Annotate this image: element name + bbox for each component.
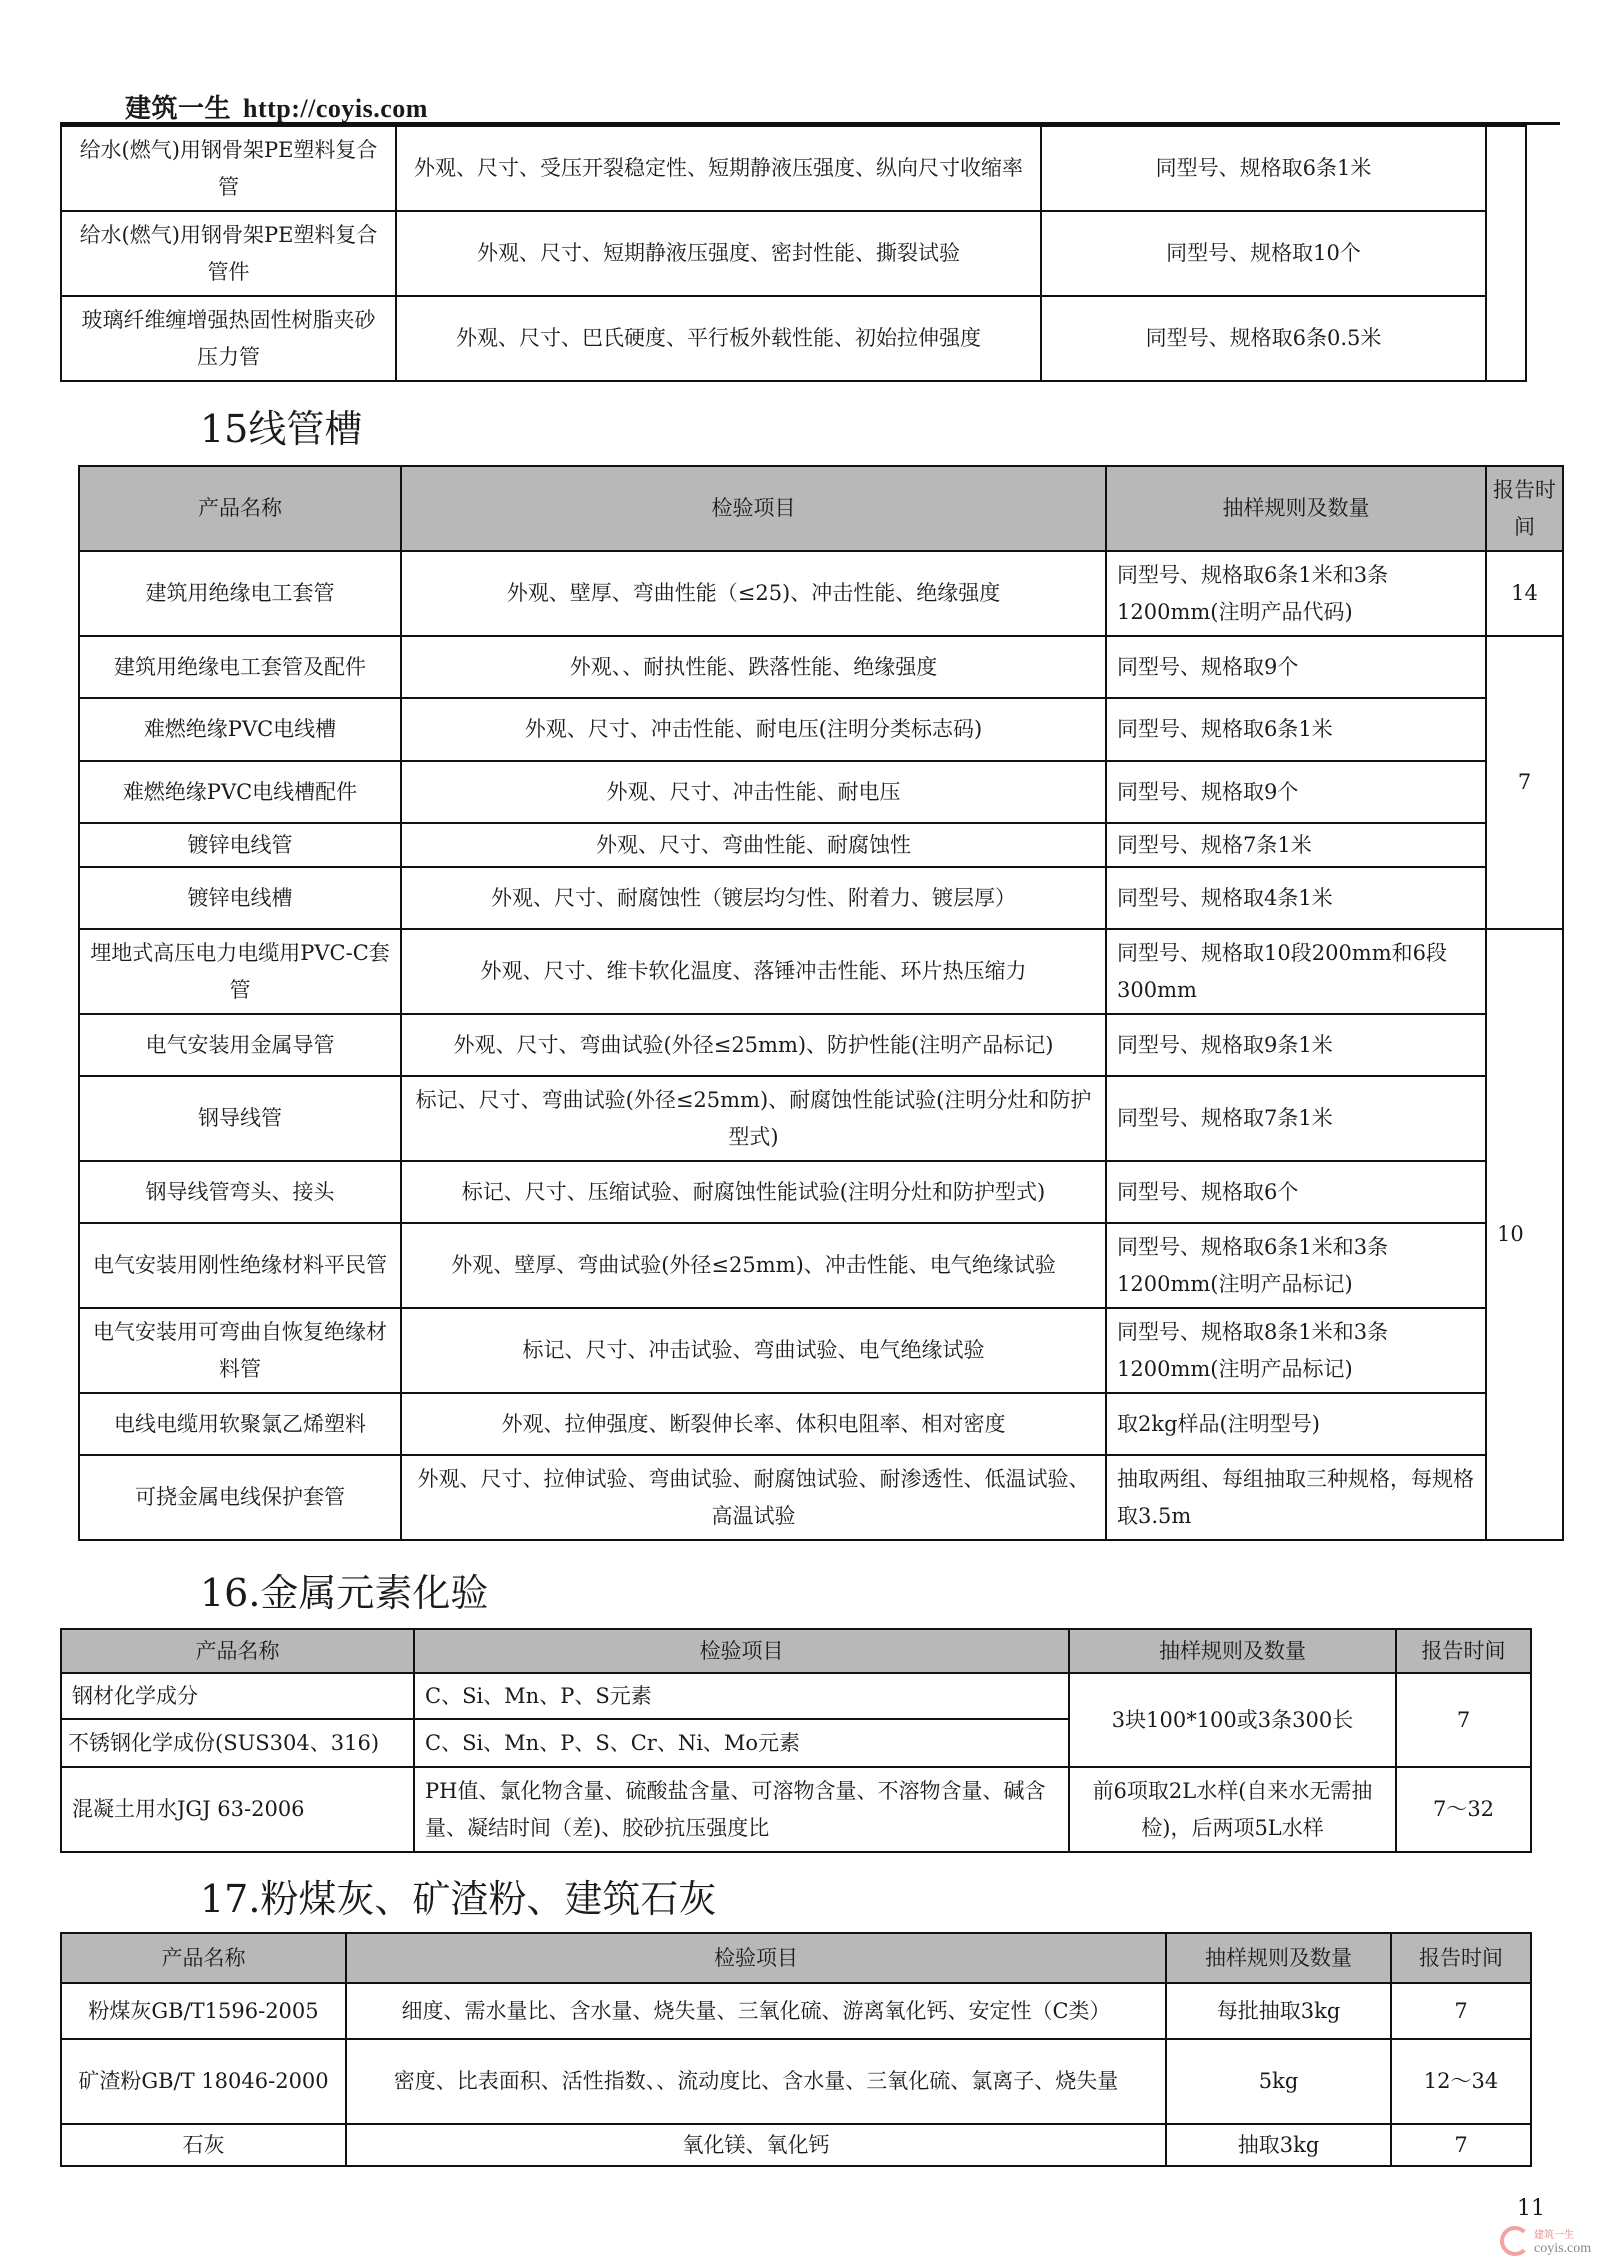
test-items-cell: 外观、拉伸强度、断裂伸长率、体积电阻率、相对密度 [401,1393,1106,1455]
product-name-cell: 不锈钢化学成份(SUS304、316) [61,1719,414,1767]
watermark-logo-icon [1500,2226,1530,2256]
table-header-row: 产品名称 检验项目 抽样规则及数量 报告时间 [61,1933,1531,1983]
section-15-table: 产品名称 检验项目 抽样规则及数量 报告时间 建筑用绝缘电工套管 外观、壁厚、弯… [78,465,1564,1541]
header-product-name: 产品名称 [61,1933,346,1983]
test-items-cell: 外观、尺寸、弯曲性能、耐腐蚀性 [401,823,1106,867]
sampling-cell: 同型号、规格取6条1米 [1106,698,1486,761]
sampling-cell: 同型号、规格取6条1米和3条1200mm(注明产品标记) [1106,1223,1486,1308]
header-test-items: 检验项目 [346,1933,1166,1983]
table-row: 钢材化学成分 C、Si、Mn、P、S元素 3块100*100或3条300长 7 [61,1673,1531,1719]
header-sampling: 抽样规则及数量 [1106,466,1486,551]
site-name: 建筑一生 [125,94,231,124]
test-items-cell: C、Si、Mn、P、S元素 [414,1673,1069,1719]
table-row: 混凝土用水JGJ 63-2006 PH值、氯化物含量、硫酸盐含量、可溶物含量、不… [61,1767,1531,1852]
watermark-en: coyis.com [1534,2241,1591,2256]
test-items-cell: 外观、尺寸、短期静液压强度、密封性能、撕裂试验 [396,211,1041,296]
sampling-cell: 同型号、规格取9个 [1106,761,1486,823]
header-test-items: 检验项目 [414,1629,1069,1673]
table-header-row: 产品名称 检验项目 抽样规则及数量 报告时间 [61,1629,1531,1673]
product-name-cell: 给水(燃气)用钢骨架PE塑料复合管件 [61,211,396,296]
header-sampling: 抽样规则及数量 [1166,1933,1391,1983]
table-row: 电线电缆用软聚氯乙烯塑料 外观、拉伸强度、断裂伸长率、体积电阻率、相对密度 取2… [79,1393,1563,1455]
table-row: 玻璃纤维缠增强热固性树脂夹砂压力管 外观、尺寸、巴氏硬度、平行板外载性能、初始拉… [61,296,1526,381]
sampling-cell: 同型号、规格取4条1米 [1106,867,1486,929]
sampling-cell: 3块100*100或3条300长 [1069,1673,1396,1767]
table-row: 可挠金属电线保护套管 外观、尺寸、拉伸试验、弯曲试验、耐腐蚀试验、耐渗透性、低温… [79,1455,1563,1540]
sampling-cell: 同型号、规格取6条1米 [1041,126,1486,211]
report-time-cell: 14 [1486,551,1563,636]
report-time-cell: 7～32 [1396,1767,1531,1852]
header-report-time: 报告时间 [1486,466,1563,551]
table-row: 钢导线管弯头、接头 标记、尺寸、压缩试验、耐腐蚀性能试验(注明分灶和防护型式) … [79,1161,1563,1223]
product-name-cell: 电线电缆用软聚氯乙烯塑料 [79,1393,401,1455]
sampling-cell: 同型号、规格取6条0.5米 [1041,296,1486,381]
test-items-cell: 密度、比表面积、活性指数、、流动度比、含水量、三氧化硫、氯离子、烧失量 [346,2039,1166,2124]
product-name-cell: 可挠金属电线保护套管 [79,1455,401,1540]
product-name-cell: 埋地式高压电力电缆用PVC-C套管 [79,929,401,1014]
product-name-cell: 钢材化学成分 [61,1673,414,1719]
product-name-cell: 电气安装用刚性绝缘材料平民管 [79,1223,401,1308]
header-sampling: 抽样规则及数量 [1069,1629,1396,1673]
page-number: 11 [1517,2196,1545,2221]
product-name-cell: 建筑用绝缘电工套管及配件 [79,636,401,698]
product-name-cell: 难燃绝缘PVC电线槽 [79,698,401,761]
sampling-cell: 取2kg样品(注明型号) [1106,1393,1486,1455]
sampling-cell: 同型号、规格取6条1米和3条1200mm(注明产品代码) [1106,551,1486,636]
product-name-cell: 钢导线管 [79,1076,401,1161]
header-product-name: 产品名称 [61,1629,414,1673]
product-name-cell: 镀锌电线槽 [79,867,401,929]
product-name-cell: 粉煤灰GB/T1596-2005 [61,1983,346,2039]
report-time-cell: 7 [1391,1983,1531,2039]
header-report-time: 报告时间 [1391,1933,1531,1983]
test-items-cell: 外观、尺寸、维卡软化温度、落锤冲击性能、环片热压缩力 [401,929,1106,1014]
sampling-cell: 5kg [1166,2039,1391,2124]
product-name-cell: 镀锌电线管 [79,823,401,867]
product-name-cell: 电气安装用金属导管 [79,1014,401,1076]
section-15-title: 15线管槽 [200,398,362,453]
table-row: 建筑用绝缘电工套管及配件 外观、、耐执性能、跌落性能、绝缘强度 同型号、规格取9… [79,636,1563,698]
header-product-name: 产品名称 [79,466,401,551]
sampling-cell: 同型号、规格取9个 [1106,636,1486,698]
table-row: 给水(燃气)用钢骨架PE塑料复合管件 外观、尺寸、短期静液压强度、密封性能、撕裂… [61,211,1526,296]
watermark: 建筑一生coyis.com [1500,2226,1591,2256]
product-name-cell: 矿渣粉GB/T 18046-2000 [61,2039,346,2124]
section-17-table: 产品名称 检验项目 抽样规则及数量 报告时间 粉煤灰GB/T1596-2005 … [60,1932,1532,2167]
product-name-cell: 石灰 [61,2124,346,2166]
test-items-cell: 氧化镁、氧化钙 [346,2124,1166,2166]
sampling-cell: 前6项取2L水样(自来水无需抽检)，后两项5L水样 [1069,1767,1396,1852]
table-row: 电气安装用金属导管 外观、尺寸、弯曲试验(外径≤25mm)、防护性能(注明产品标… [79,1014,1563,1076]
sampling-cell: 抽取3kg [1166,2124,1391,2166]
test-items-cell: 外观、壁厚、弯曲试验(外径≤25mm)、冲击性能、电气绝缘试验 [401,1223,1106,1308]
table-row: 埋地式高压电力电缆用PVC-C套管 外观、尺寸、维卡软化温度、落锤冲击性能、环片… [79,929,1563,1014]
product-name-cell: 给水(燃气)用钢骨架PE塑料复合管 [61,126,396,211]
test-items-cell: 细度、需水量比、含水量、烧失量、三氧化硫、游离氧化钙、安定性（C类） [346,1983,1166,2039]
test-items-cell: 外观、尺寸、拉伸试验、弯曲试验、耐腐蚀试验、耐渗透性、低温试验、高温试验 [401,1455,1106,1540]
table-row: 给水(燃气)用钢骨架PE塑料复合管 外观、尺寸、受压开裂稳定性、短期静液压强度、… [61,126,1526,211]
sampling-cell: 每批抽取3kg [1166,1983,1391,2039]
test-items-cell: 外观、尺寸、冲击性能、耐电压 [401,761,1106,823]
sampling-cell: 同型号、规格取8条1米和3条1200mm(注明产品标记) [1106,1308,1486,1393]
section-17-title: 17.粉煤灰、矿渣粉、建筑石灰 [200,1868,716,1923]
table-header-row: 产品名称 检验项目 抽样规则及数量 报告时间 [79,466,1563,551]
prev-section-table: 给水(燃气)用钢骨架PE塑料复合管 外观、尺寸、受压开裂稳定性、短期静液压强度、… [60,125,1527,382]
table-row: 难燃绝缘PVC电线槽 外观、尺寸、冲击性能、耐电压(注明分类标志码) 同型号、规… [79,698,1563,761]
table-row: 钢导线管 标记、尺寸、弯曲试验(外径≤25mm)、耐腐蚀性能试验(注明分灶和防护… [79,1076,1563,1161]
sampling-cell: 同型号、规格取6个 [1106,1161,1486,1223]
test-items-cell: 外观、尺寸、冲击性能、耐电压(注明分类标志码) [401,698,1106,761]
section-16-title: 16.金属元素化验 [200,1562,488,1617]
report-time-cell: 10 [1486,929,1563,1540]
product-name-cell: 混凝土用水JGJ 63-2006 [61,1767,414,1852]
product-name-cell: 玻璃纤维缠增强热固性树脂夹砂压力管 [61,296,396,381]
site-url: http://coyis.com [243,94,428,123]
header-test-items: 检验项目 [401,466,1106,551]
test-items-cell: 标记、尺寸、压缩试验、耐腐蚀性能试验(注明分灶和防护型式) [401,1161,1106,1223]
test-items-cell: PH值、氯化物含量、硫酸盐含量、可溶物含量、不溶物含量、碱含量、凝结时间（差)、… [414,1767,1069,1852]
test-items-cell: 标记、尺寸、弯曲试验(外径≤25mm)、耐腐蚀性能试验(注明分灶和防护型式) [401,1076,1106,1161]
test-items-cell: C、Si、Mn、P、S、Cr、Ni、Mo元素 [414,1719,1069,1767]
sampling-cell: 同型号、规格7条1米 [1106,823,1486,867]
sampling-cell: 同型号、规格取7条1米 [1106,1076,1486,1161]
site-header: 建筑一生http://coyis.com [125,88,428,125]
table-row: 难燃绝缘PVC电线槽配件 外观、尺寸、冲击性能、耐电压 同型号、规格取9个 [79,761,1563,823]
sampling-cell: 同型号、规格取9条1米 [1106,1014,1486,1076]
header-report-time: 报告时间 [1396,1629,1531,1673]
table-row: 电气安装用可弯曲自恢复绝缘材料管 标记、尺寸、冲击试验、弯曲试验、电气绝缘试验 … [79,1308,1563,1393]
table-row: 粉煤灰GB/T1596-2005 细度、需水量比、含水量、烧失量、三氧化硫、游离… [61,1983,1531,2039]
test-items-cell: 外观、尺寸、巴氏硬度、平行板外载性能、初始拉伸强度 [396,296,1041,381]
test-items-cell: 标记、尺寸、冲击试验、弯曲试验、电气绝缘试验 [401,1308,1106,1393]
test-items-cell: 外观、尺寸、耐腐蚀性（镀层均匀性、附着力、镀层厚） [401,867,1106,929]
sampling-cell: 同型号、规格取10段200mm和6段300mm [1106,929,1486,1014]
watermark-cn: 建筑一生 [1534,2230,1574,2241]
test-items-cell: 外观、壁厚、弯曲性能（≤25)、冲击性能、绝缘强度 [401,551,1106,636]
product-name-cell: 电气安装用可弯曲自恢复绝缘材料管 [79,1308,401,1393]
test-items-cell: 外观、、耐执性能、跌落性能、绝缘强度 [401,636,1106,698]
sampling-cell: 抽取两组、每组抽取三种规格，每规格取3.5m [1106,1455,1486,1540]
test-items-cell: 外观、尺寸、弯曲试验(外径≤25mm)、防护性能(注明产品标记) [401,1014,1106,1076]
test-items-cell: 外观、尺寸、受压开裂稳定性、短期静液压强度、纵向尺寸收缩率 [396,126,1041,211]
report-time-cell [1486,126,1526,381]
report-time-cell: 12～34 [1391,2039,1531,2124]
table-row: 矿渣粉GB/T 18046-2000 密度、比表面积、活性指数、、流动度比、含水… [61,2039,1531,2124]
sampling-cell: 同型号、规格取10个 [1041,211,1486,296]
table-row: 镀锌电线管 外观、尺寸、弯曲性能、耐腐蚀性 同型号、规格7条1米 [79,823,1563,867]
table-row: 建筑用绝缘电工套管 外观、壁厚、弯曲性能（≤25)、冲击性能、绝缘强度 同型号、… [79,551,1563,636]
table-row: 石灰 氧化镁、氧化钙 抽取3kg 7 [61,2124,1531,2166]
table-row: 电气安装用刚性绝缘材料平民管 外观、壁厚、弯曲试验(外径≤25mm)、冲击性能、… [79,1223,1563,1308]
product-name-cell: 难燃绝缘PVC电线槽配件 [79,761,401,823]
product-name-cell: 建筑用绝缘电工套管 [79,551,401,636]
product-name-cell: 钢导线管弯头、接头 [79,1161,401,1223]
report-time-cell: 7 [1391,2124,1531,2166]
section-16-table: 产品名称 检验项目 抽样规则及数量 报告时间 钢材化学成分 C、Si、Mn、P、… [60,1628,1532,1853]
report-time-cell: 7 [1486,636,1563,929]
report-time-cell: 7 [1396,1673,1531,1767]
table-row: 镀锌电线槽 外观、尺寸、耐腐蚀性（镀层均匀性、附着力、镀层厚） 同型号、规格取4… [79,867,1563,929]
